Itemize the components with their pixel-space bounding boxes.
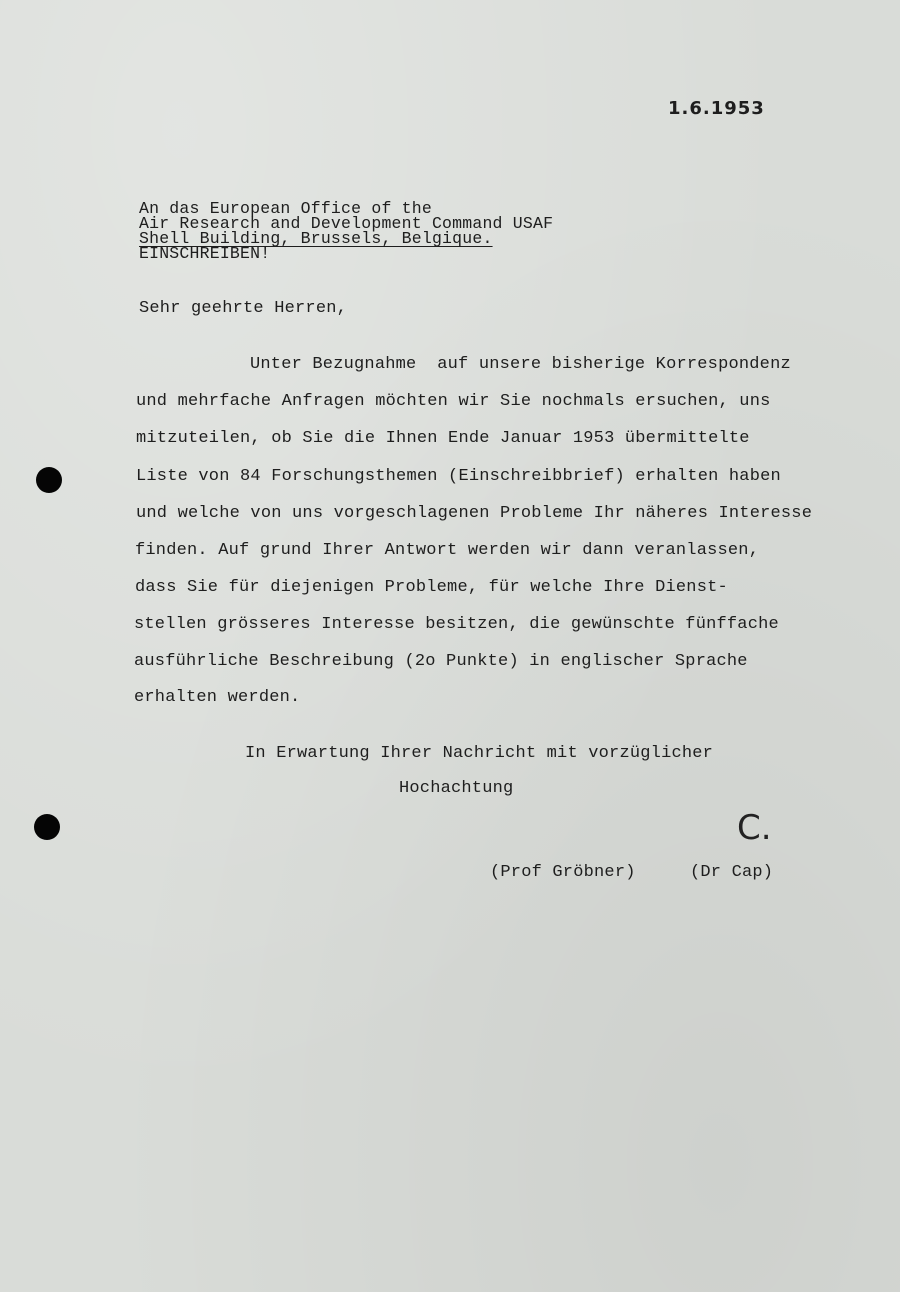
registered-mail-note: EINSCHREIBEN! <box>139 246 270 261</box>
body-line: ausführliche Beschreibung (2o Punkte) in… <box>134 652 748 671</box>
letter-date: 1.6.1953 <box>668 98 765 119</box>
body-line: finden. Auf grund Ihrer Antwort werden w… <box>135 541 759 560</box>
closing-line: In Erwartung Ihrer Nachricht mit vorzügl… <box>245 744 713 763</box>
body-line: mitzuteilen, ob Sie die Ihnen Ende Janua… <box>136 429 750 448</box>
body-line: und mehrfache Anfragen möchten wir Sie n… <box>136 392 771 411</box>
signature-mark: C. <box>737 808 772 848</box>
body-line: dass Sie für diejenigen Probleme, für we… <box>135 578 728 597</box>
body-line: Unter Bezugnahme auf unsere bisherige Ko… <box>250 355 791 374</box>
letter-page: 1.6.1953 An das European Office of the A… <box>0 0 900 1292</box>
punch-hole-icon <box>34 814 60 840</box>
body-line: und welche von uns vorgeschlagenen Probl… <box>136 504 812 523</box>
body-line: Liste von 84 Forschungsthemen (Einschrei… <box>136 467 781 486</box>
closing-line: Hochachtung <box>399 779 513 798</box>
body-line: erhalten werden. <box>134 688 300 707</box>
punch-hole-icon <box>36 467 62 493</box>
body-line: stellen grösseres Interesse besitzen, di… <box>134 615 779 634</box>
salutation: Sehr geehrte Herren, <box>139 299 347 318</box>
signatory-name: (Prof Gröbner) <box>490 863 636 882</box>
signatory-name: (Dr Cap) <box>690 863 773 882</box>
